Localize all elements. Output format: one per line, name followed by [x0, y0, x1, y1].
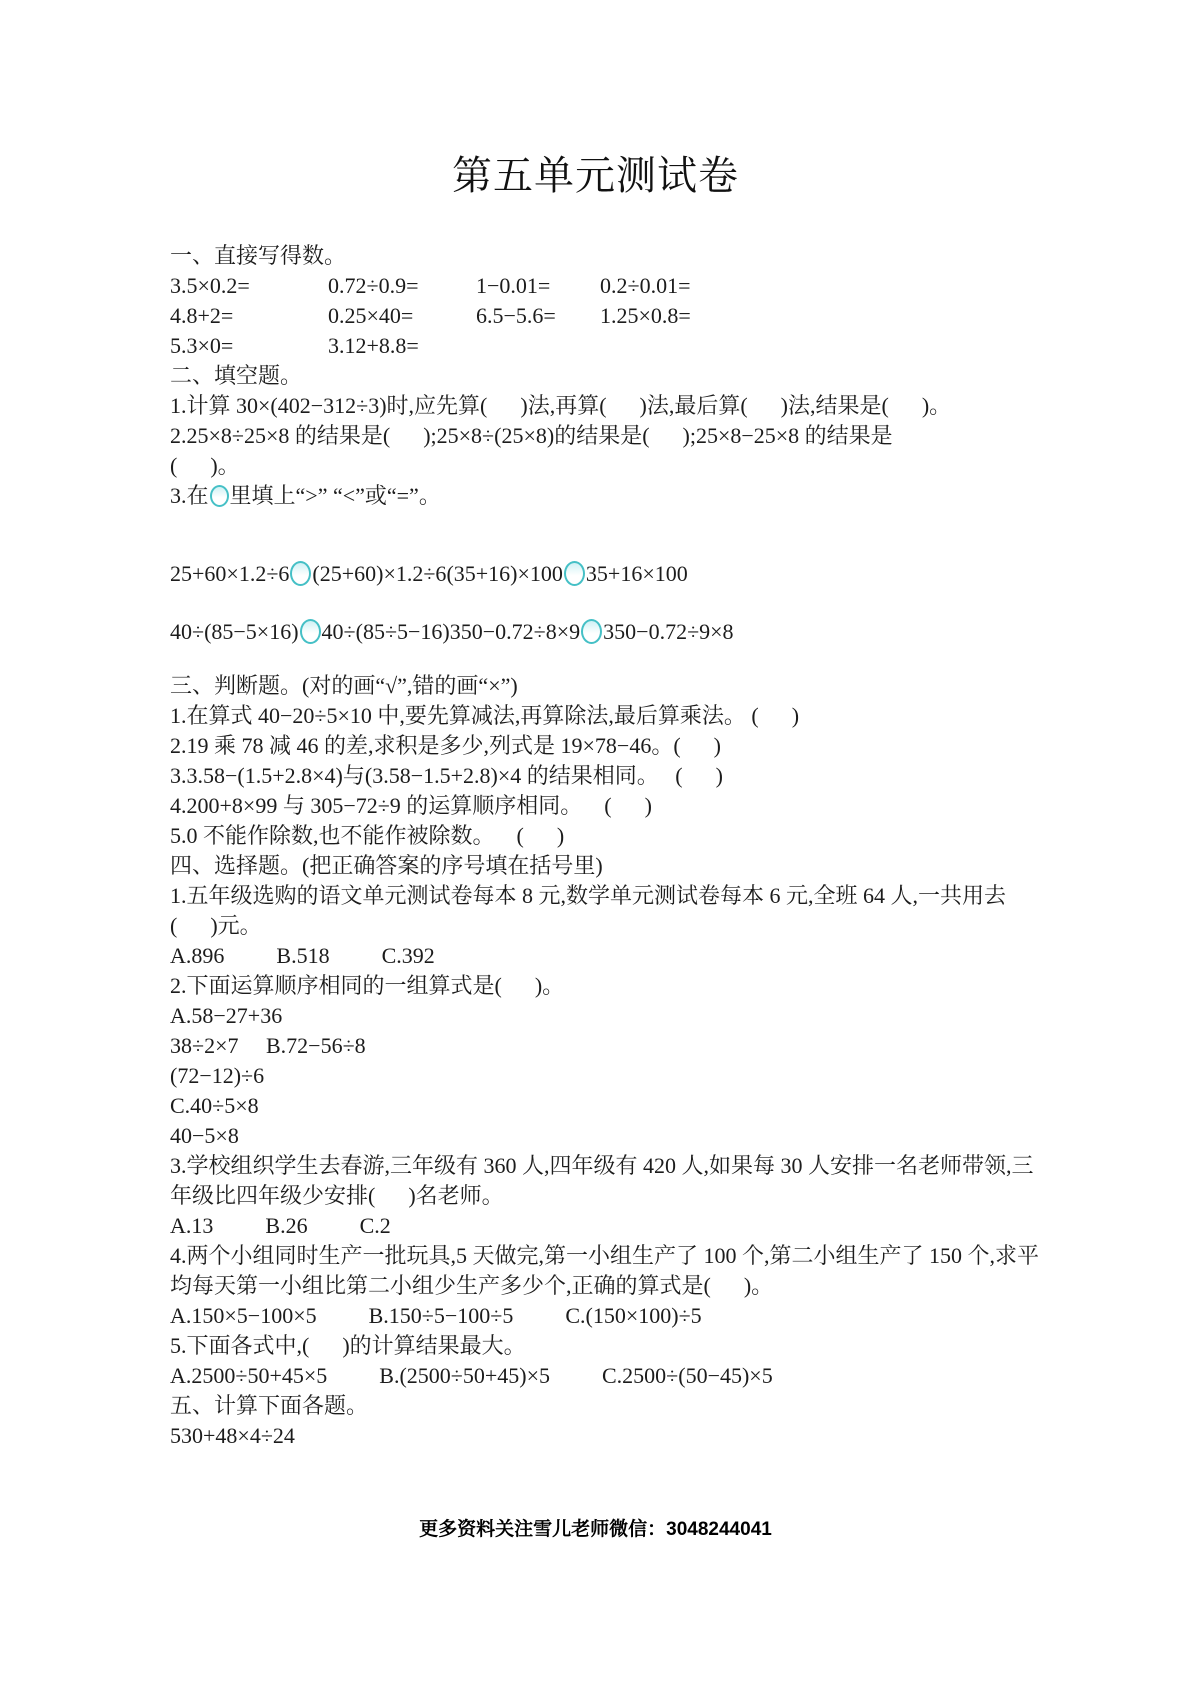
choice-q2-option-line: 40−5×8 — [170, 1121, 1155, 1151]
expression-right: 35+16×100 — [586, 561, 688, 586]
comparison-pair: 25+60×1.2÷6(25+60)×1.2÷6 — [170, 559, 446, 589]
choice-q3-options: A.13 B.26 C.2 — [170, 1211, 1155, 1241]
comparison-circle — [581, 619, 602, 644]
choice-q3-stem: 3.学校组织学生去春游,三年级有 360 人,四年级有 420 人,如果每 30… — [170, 1151, 1155, 1181]
expression-left: 40÷(85−5×16) — [170, 619, 299, 644]
oral-calc-problem: 1.25×0.8= — [600, 301, 691, 331]
oral-calc-problem: 6.5−5.6= — [476, 301, 600, 331]
expression-right: 40÷(85÷5−16) — [322, 619, 450, 644]
oral-calc-problem: 1−0.01= — [476, 271, 600, 301]
judgement-item-3: 3.3.58−(1.5+2.8×4)与(3.58−1.5+2.8)×4 的结果相… — [170, 761, 1155, 791]
option-b: B.(2500÷50+45)×5 — [379, 1361, 550, 1391]
comparison-pair: 350−0.72÷8×9350−0.72÷9×8 — [450, 617, 734, 647]
comparison-pair: (35+16)×10035+16×100 — [446, 559, 687, 589]
option-c: C.(150×100)÷5 — [565, 1301, 701, 1331]
section-three-heading: 三、判断题。(对的画“√”,错的画“×”) — [170, 671, 1155, 701]
choice-q2-option-line: A.58−27+36 — [170, 1001, 1155, 1031]
oral-calc-row: 4.8+2= 0.25×40= 6.5−5.6= 1.25×0.8= — [170, 301, 1155, 331]
section-five-heading: 五、计算下面各题。 — [170, 1391, 1155, 1421]
paper-body: 一、直接写得数。 3.5×0.2= 0.72÷0.9= 1−0.01= 0.2÷… — [170, 241, 1155, 1451]
fill-blank-item-1: 1.计算 30×(402−312÷3)时,应先算( )法,再算( )法,最后算(… — [170, 391, 1155, 421]
choice-q4-stem-cont: 均每天第一小组比第二小组少生产多少个,正确的算式是( )。 — [170, 1271, 1155, 1301]
oral-calc-row: 5.3×0= 3.12+8.8= — [170, 331, 1155, 361]
choice-q5-options: A.2500÷50+45×5 B.(2500÷50+45)×5 C.2500÷(… — [170, 1361, 1155, 1391]
section-four-heading: 四、选择题。(把正确答案的序号填在括号里) — [170, 851, 1155, 881]
expression-right: (25+60)×1.2÷6 — [312, 561, 446, 586]
oral-calc-problem: 3.12+8.8= — [328, 331, 476, 361]
option-b: B.518 — [276, 941, 329, 971]
choice-q4-stem: 4.两个小组同时生产一批玩具,5 天做完,第一小组生产了 100 个,第二小组生… — [170, 1241, 1155, 1271]
comparison-circle — [290, 561, 311, 586]
item-3-prefix: 3.在 — [170, 483, 209, 508]
choice-q1-stem-cont: ( )元。 — [170, 911, 1155, 941]
choice-q2-stem: 2.下面运算顺序相同的一组算式是( )。 — [170, 971, 1155, 1001]
choice-q4-options: A.150×5−100×5 B.150÷5−100÷5 C.(150×100)÷… — [170, 1301, 1155, 1331]
expression-right: 350−0.72÷9×8 — [603, 619, 733, 644]
expression-left: 25+60×1.2÷6 — [170, 561, 289, 586]
item-3-suffix: 里填上“>” “<”或“=”。 — [230, 483, 441, 508]
judgement-item-5: 5.0 不能作除数,也不能作被除数。 ( ) — [170, 821, 1155, 851]
section-one-heading: 一、直接写得数。 — [170, 241, 1155, 271]
fill-blank-item-3: 3.在里填上“>” “<”或“=”。 — [170, 481, 1155, 511]
option-a: A.150×5−100×5 — [170, 1301, 317, 1331]
choice-q2-option-line: (72−12)÷6 — [170, 1061, 1155, 1091]
expression-left: 350−0.72÷8×9 — [450, 619, 580, 644]
option-a: A.2500÷50+45×5 — [170, 1361, 327, 1391]
option-c: C.392 — [382, 941, 435, 971]
choice-q5-stem: 5.下面各式中,( )的计算结果最大。 — [170, 1331, 1155, 1361]
judgement-item-2: 2.19 乘 78 减 46 的差,求积是多少,列式是 19×78−46。( ) — [170, 731, 1155, 761]
choice-q2-option-line: C.40÷5×8 — [170, 1091, 1155, 1121]
option-a: A.13 — [170, 1211, 213, 1241]
option-c: C.2500÷(50−45)×5 — [602, 1361, 773, 1391]
oral-calc-problem: 0.2÷0.01= — [600, 271, 690, 301]
calc-expression: 530+48×4÷24 — [170, 1421, 1155, 1451]
oral-calc-row: 3.5×0.2= 0.72÷0.9= 1−0.01= 0.2÷0.01= — [170, 271, 1155, 301]
comparison-circle — [210, 485, 229, 507]
oral-calc-problem: 0.72÷0.9= — [328, 271, 476, 301]
oral-calc-problem: 5.3×0= — [170, 331, 328, 361]
footer-wechat-note: 更多资料关注雪儿老师微信：3048244041 — [0, 1514, 1191, 1541]
test-paper-page: 第五单元测试卷 一、直接写得数。 3.5×0.2= 0.72÷0.9= 1−0.… — [0, 0, 1191, 1684]
option-b: B.26 — [265, 1211, 307, 1241]
option-a: A.896 — [170, 941, 224, 971]
choice-q1-options: A.896 B.518 C.392 — [170, 941, 1155, 971]
section-two-heading: 二、填空题。 — [170, 361, 1155, 391]
choice-q2-option-line: 38÷2×7 B.72−56÷8 — [170, 1031, 1155, 1061]
comparison-row: 25+60×1.2÷6(25+60)×1.2÷6 (35+16)×10035+1… — [170, 559, 1155, 589]
oral-calc-problem: 4.8+2= — [170, 301, 328, 331]
judgement-item-1: 1.在算式 40−20÷5×10 中,要先算减法,再算除法,最后算乘法。 ( ) — [170, 701, 1155, 731]
comparison-row: 40÷(85−5×16)40÷(85÷5−16) 350−0.72÷8×9350… — [170, 617, 1155, 647]
fill-blank-item-2: 2.25×8÷25×8 的结果是( );25×8÷(25×8)的结果是( );2… — [170, 421, 1155, 451]
page-title: 第五单元测试卷 — [0, 0, 1191, 204]
fill-blank-item-2-cont: ( )。 — [170, 451, 1155, 481]
oral-calc-problem: 0.25×40= — [328, 301, 476, 331]
oral-calc-problem: 3.5×0.2= — [170, 271, 328, 301]
comparison-pair: 40÷(85−5×16)40÷(85÷5−16) — [170, 617, 450, 647]
comparison-circle — [564, 561, 585, 586]
judgement-item-4: 4.200+8×99 与 305−72÷9 的运算顺序相同。 ( ) — [170, 791, 1155, 821]
expression-left: (35+16)×100 — [446, 561, 562, 586]
option-b: B.150÷5−100÷5 — [369, 1301, 514, 1331]
oral-calc-problem — [476, 331, 600, 361]
comparison-circle — [300, 619, 321, 644]
option-c: C.2 — [360, 1211, 391, 1241]
choice-q3-stem-cont: 年级比四年级少安排( )名老师。 — [170, 1181, 1155, 1211]
choice-q1-stem: 1.五年级选购的语文单元测试卷每本 8 元,数学单元测试卷每本 6 元,全班 6… — [170, 881, 1155, 911]
